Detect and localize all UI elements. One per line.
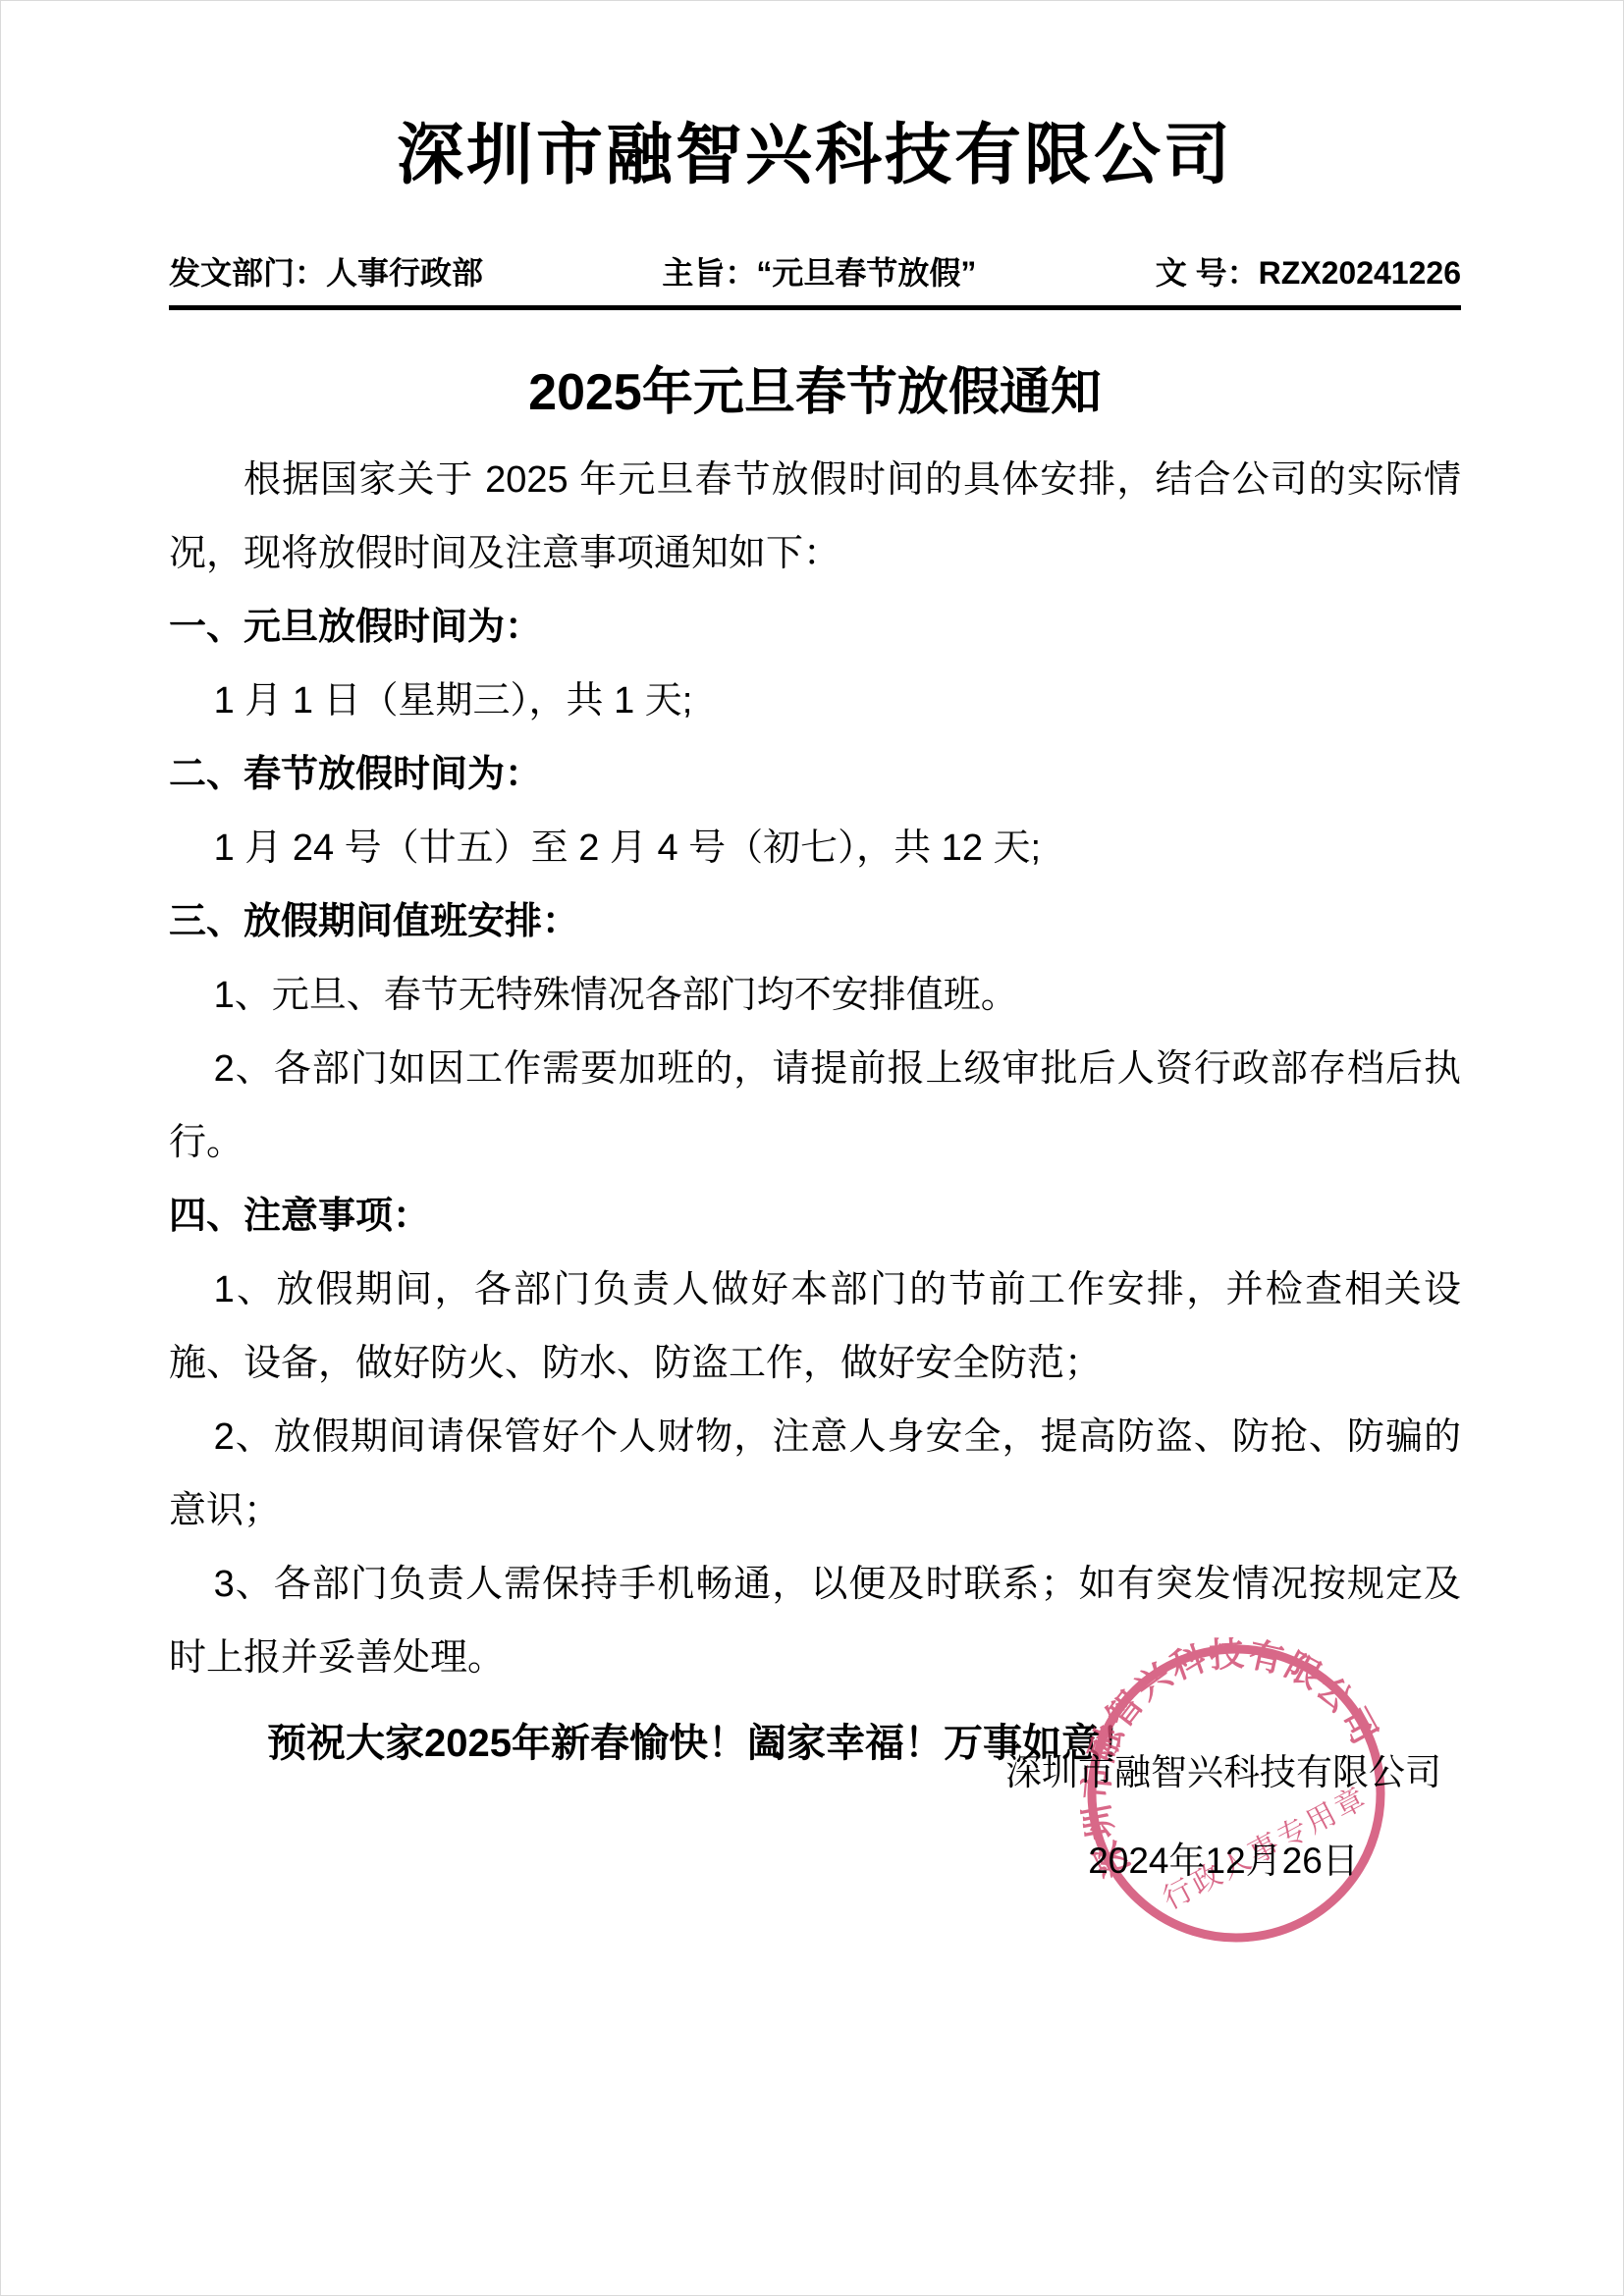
doc-meta-department: 发文部门：人事行政部 <box>169 248 483 294</box>
doc-meta-subject: 主旨：“元旦春节放假” <box>662 248 976 294</box>
signature-block: 深圳市融智兴科技有限公司 2024年12月26日 <box>998 1751 1449 1883</box>
section-2-heading: 二、春节放假时间为： <box>169 738 1461 812</box>
doc-meta-number: 文 号：RZX20241226 <box>1156 248 1461 294</box>
notice-title: 2025年元旦春节放假通知 <box>169 357 1461 428</box>
signature-date: 2024年12月26日 <box>998 1840 1449 1883</box>
section-2-item: 1 月 24 号（廿五）至 2 月 4 号（初七），共 12 天; <box>169 812 1461 885</box>
section-1-heading: 一、元旦放假时间为： <box>169 591 1461 665</box>
signature-company: 深圳市融智兴科技有限公司 <box>998 1751 1449 1794</box>
document-page: 深圳市融智兴科技有限公司 发文部门：人事行政部 主旨：“元旦春节放假” 文 号：… <box>0 0 1624 2296</box>
section-3-item-1: 1、元旦、春节无特殊情况各部门均不安排值班。 <box>169 959 1461 1033</box>
section-4-item-2: 2、放假期间请保管好个人财物，注意人身安全，提高防盗、防抢、防骗的意识； <box>169 1401 1461 1548</box>
doc-meta-row: 发文部门：人事行政部 主旨：“元旦春节放假” 文 号：RZX20241226 <box>169 248 1461 310</box>
intro-paragraph: 根据国家关于 2025 年元旦春节放假时间的具体安排，结合公司的实际情况，现将放… <box>169 444 1461 591</box>
section-3-heading: 三、放假期间值班安排： <box>169 885 1461 959</box>
document-content: 深圳市融智兴科技有限公司 发文部门：人事行政部 主旨：“元旦春节放假” 文 号：… <box>0 0 1624 1781</box>
company-title: 深圳市融智兴科技有限公司 <box>169 104 1461 207</box>
section-1-item: 1 月 1 日（星期三），共 1 天; <box>169 665 1461 738</box>
section-4-heading: 四、注意事项： <box>169 1180 1461 1254</box>
section-4-item-1: 1、放假期间，各部门负责人做好本部门的节前工作安排，并检查相关设施、设备，做好防… <box>169 1254 1461 1401</box>
section-4-item-3: 3、各部门负责人需保持手机畅通，以便及时联系；如有突发情况按规定及时上报并妥善处… <box>169 1548 1461 1695</box>
section-3-item-2: 2、各部门如因工作需要加班的，请提前报上级审批后人资行政部存档后执行。 <box>169 1033 1461 1180</box>
